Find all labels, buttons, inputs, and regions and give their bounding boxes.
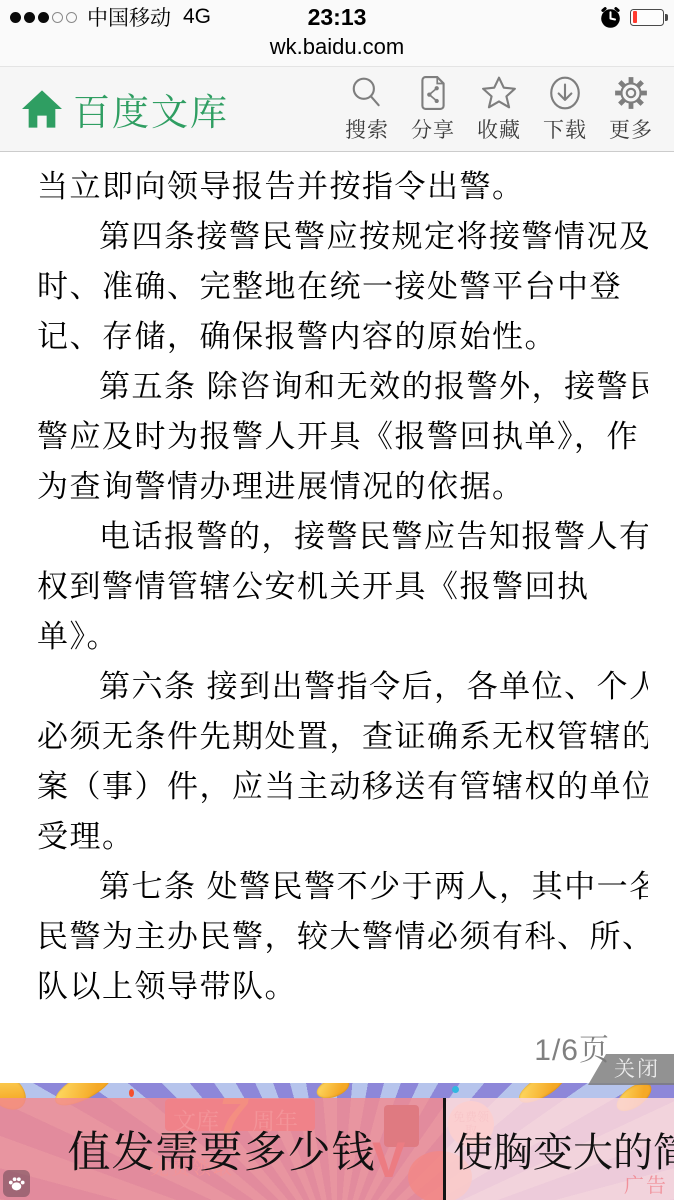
search-icon xyxy=(349,75,385,111)
toolbar-share[interactable]: 分享 xyxy=(400,75,466,144)
confetti-speck xyxy=(129,1089,134,1097)
baidu-paw-icon[interactable] xyxy=(3,1170,30,1197)
ad-left-text: 值发需要多少钱 xyxy=(68,1119,376,1180)
toolbar-search-label: 搜索 xyxy=(345,114,389,144)
ad-banner[interactable]: 文库 7 周年 免费领取 V 免费领取 值发需要多少钱 使胸变大的简 广告 xyxy=(0,1083,674,1200)
document-line: 当立即向领导报告并按指令出警。 xyxy=(37,162,648,212)
status-bar: 中国移动 4G 23:13 xyxy=(0,0,674,34)
document-line: 第四条接警民警应按规定将接警情况及 xyxy=(37,212,648,262)
document-line: 必须无条件先期处置，查证确系无权管辖的 xyxy=(37,712,648,762)
gear-icon xyxy=(613,75,649,111)
document-page[interactable]: 当立即向领导报告并按指令出警。第四条接警民警应按规定将接警情况及时、准确、完整地… xyxy=(0,152,674,1069)
share-icon xyxy=(415,75,451,111)
url-bar[interactable]: wk.baidu.com xyxy=(0,34,674,66)
download-icon xyxy=(547,75,583,111)
document-line: 受理。 xyxy=(37,812,648,862)
document-line: 队以上领导带队。 xyxy=(37,962,648,1012)
paw-glyph xyxy=(7,1174,26,1193)
toolbar-download-label: 下载 xyxy=(543,114,587,144)
carrier-label: 中国移动 xyxy=(87,2,171,32)
toolbar: 搜索 分享 收藏 xyxy=(334,75,664,144)
toolbar-more-label: 更多 xyxy=(609,114,653,144)
document-line: 记、存储，确保报警内容的原始性。 xyxy=(37,312,648,362)
toolbar-download[interactable]: 下载 xyxy=(532,75,598,144)
ad-left-panel[interactable]: 值发需要多少钱 xyxy=(0,1098,443,1200)
document-line: 民警为主办民警，较大警情必须有科、所、 xyxy=(37,912,648,962)
toolbar-more[interactable]: 更多 xyxy=(598,75,664,144)
document-line: 权到警情管辖公安机关开具《报警回执 xyxy=(37,562,648,612)
home-icon xyxy=(20,89,64,129)
alarm-clock-icon xyxy=(599,6,622,29)
document-line: 第五条 除咨询和无效的报警外，接警民 xyxy=(37,362,648,412)
app-header: 百度文库 搜索 分享 xyxy=(0,66,674,152)
ad-label: 广告 xyxy=(624,1169,668,1198)
brand-label: 百度文库 xyxy=(73,82,229,136)
signal-strength-icon xyxy=(10,12,77,23)
document-lines: 当立即向领导报告并按指令出警。第四条接警民警应按规定将接警情况及时、准确、完整地… xyxy=(37,162,648,1012)
page-url: wk.baidu.com xyxy=(270,34,405,60)
toolbar-share-label: 分享 xyxy=(411,114,455,144)
star-icon xyxy=(481,75,517,111)
toolbar-favorite-label: 收藏 xyxy=(477,114,521,144)
document-line: 第七条 处警民警不少于两人，其中一名 xyxy=(37,862,648,912)
document-line: 电话报警的，接警民警应告知报警人有 xyxy=(37,512,648,562)
document-line: 时、准确、完整地在统一接处警平台中登 xyxy=(37,262,648,312)
confetti-speck xyxy=(452,1086,459,1093)
clock: 23:13 xyxy=(308,4,367,31)
document-line: 单》。 xyxy=(37,612,648,662)
screen: 中国移动 4G 23:13 wk.baidu.com 百度文库 xyxy=(0,0,674,1200)
wenku-home-link[interactable]: 百度文库 xyxy=(20,82,229,136)
battery-icon xyxy=(630,9,664,26)
network-type-label: 4G xyxy=(183,5,211,29)
document-line: 警应及时为报警人开具《报警回执单》，作 xyxy=(37,412,648,462)
document-line: 案（事）件，应当主动移送有管辖权的单位 xyxy=(37,762,648,812)
toolbar-search[interactable]: 搜索 xyxy=(334,75,400,144)
document-line: 为查询警情办理进展情况的依据。 xyxy=(37,462,648,512)
page-indicator: 1/6页 xyxy=(37,1025,648,1069)
toolbar-favorite[interactable]: 收藏 xyxy=(466,75,532,144)
document-line: 第六条 接到出警指令后，各单位、个人 xyxy=(37,662,648,712)
